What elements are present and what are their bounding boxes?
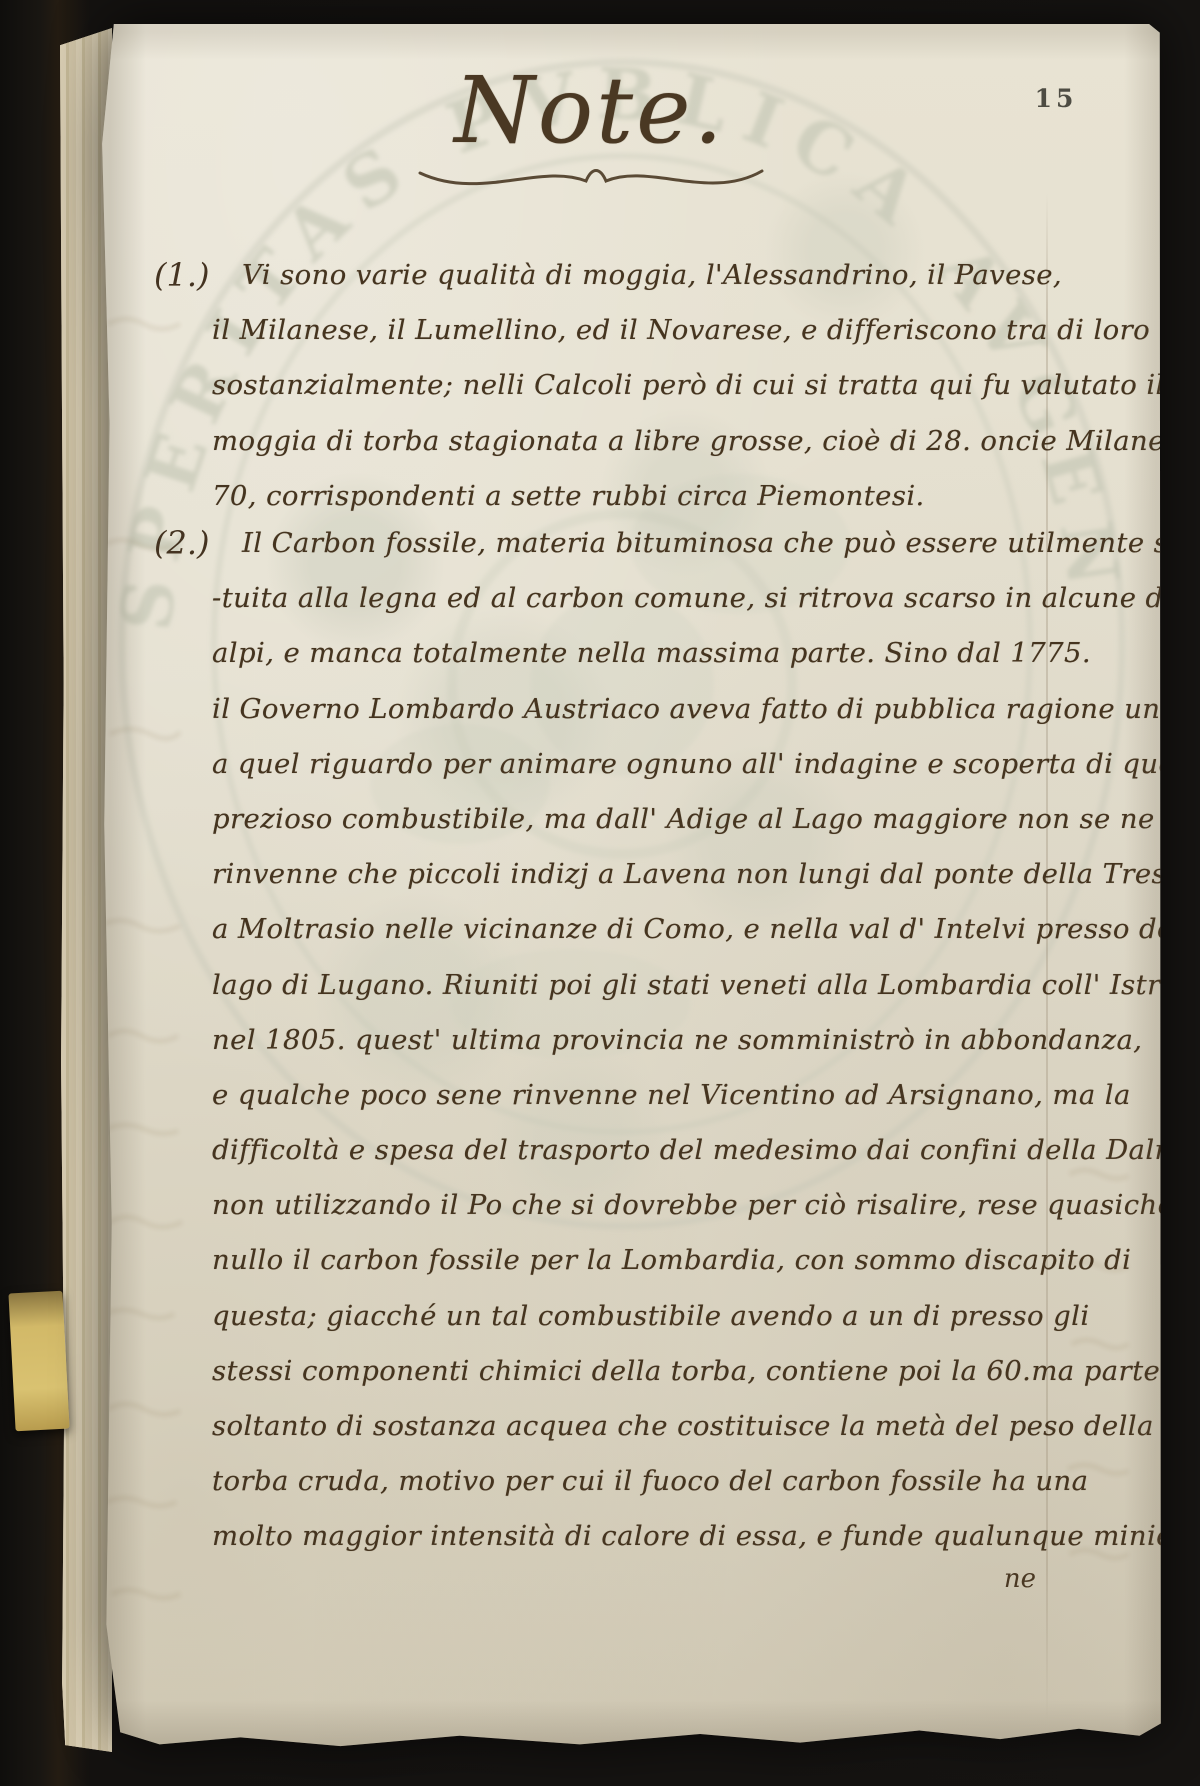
bookmark-tab [8,1291,69,1432]
manuscript-line: non utilizzando il Po che si dovrebbe pe… [212,1178,1092,1233]
manuscript-line: torba cruda, motivo per cui il fuoco del… [212,1454,1092,1509]
manuscript-line: il Governo Lombardo Austriaco aveva fatt… [212,682,1092,737]
manuscript-line: a quel riguardo per animare ognuno all' … [212,737,1092,792]
manuscript-line: e qualche poco sene rinvenne nel Vicenti… [212,1068,1092,1123]
manuscript-line: questa; giacché un tal combustibile aven… [212,1289,1092,1344]
page-title: Note. [360,60,820,161]
catchword: ne [980,1564,1060,1594]
manuscript-line: il Milanese, il Lumellino, ed il Novares… [212,303,1092,358]
manuscript-line: prezioso combustibile, ma dall' Adige al… [212,792,1092,847]
underlying-page-edges [60,28,112,1752]
manuscript-line: molto maggior intensità di calore di ess… [212,1509,1092,1564]
note-marker: (1.) [154,256,210,294]
manuscript-line: sostanzialmente; nelli Calcoli però di c… [212,358,1092,413]
manuscript-line: -tuita alla legna ed al carbon comune, s… [212,571,1092,626]
manuscript-line: moggia di torba stagionata a libre gross… [212,414,1092,469]
title-block: Note. [360,60,820,201]
manuscript-page: SPERITAS PVBLICA AVGEN [100,24,1164,1760]
manuscript-line: nel 1805. quest' ultima provincia ne som… [212,1013,1092,1068]
manuscript-line: Il Carbon fossile, materia bituminosa ch… [212,516,1092,571]
manuscript-line: nullo il carbon fossile per la Lombardia… [212,1233,1092,1288]
page-number: 15 [1016,84,1096,113]
manuscript-line: Vi sono varie qualità di moggia, l'Aless… [212,248,1092,303]
manuscript-line: difficoltà e spesa del trasporto del med… [212,1123,1092,1178]
manuscript-line: rinvenne che piccoli indizj a Lavena non… [212,847,1092,902]
manuscript-line: alpi, e manca totalmente nella massima p… [212,626,1092,681]
note-2: (2.) Il Carbon fossile, materia bitumino… [212,516,1092,1565]
manuscript-line: soltanto di sostanza acquea che costitui… [212,1399,1092,1454]
note-marker: (2.) [154,524,210,562]
manuscript-line: lago di Lugano. Riuniti poi gli stati ve… [212,958,1092,1013]
note-1: (1.) Vi sono varie qualità di moggia, l'… [212,248,1092,524]
manuscript-line: stessi componenti chimici della torba, c… [212,1344,1092,1399]
manuscript-line: a Moltrasio nelle vicinanze di Como, e n… [212,902,1092,957]
